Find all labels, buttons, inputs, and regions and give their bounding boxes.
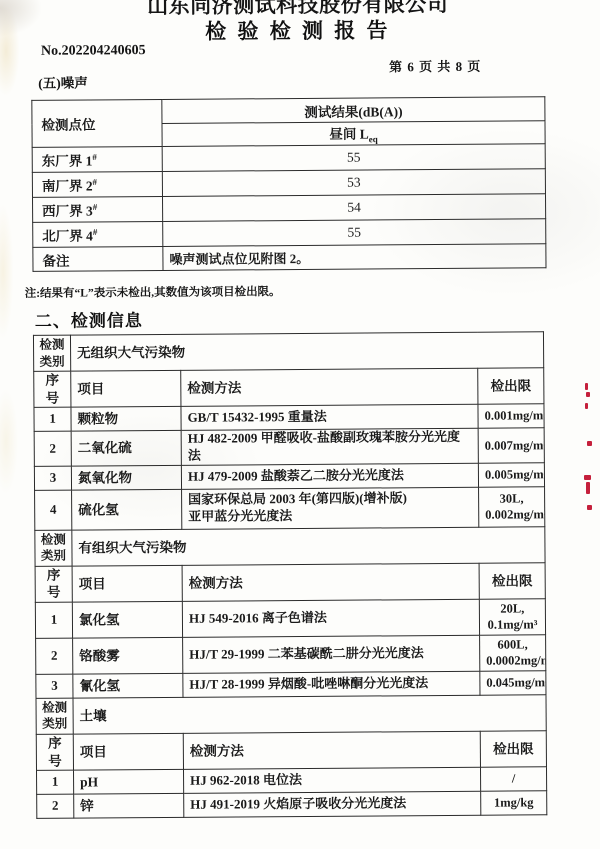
noise-point: 北厂界 4#: [33, 221, 163, 247]
table-row: 1 颗粒物 GB/T 15432-1995 重量法 0.001mg/m³: [34, 404, 544, 432]
noise-point: 南厂界 2#: [32, 171, 162, 197]
report-number: No.202204240605: [41, 43, 146, 60]
row-limit: 0.007mg/m³: [478, 428, 544, 463]
point-mark: #: [92, 177, 97, 187]
point-mark: #: [93, 202, 98, 212]
col-header-item: 项目: [71, 370, 181, 407]
daytime-label: 昼间 L: [329, 127, 368, 142]
noise-point: 西厂界 3#: [33, 196, 163, 222]
category-label: 检测 类别: [35, 530, 72, 566]
remark-value: 噪声测试点位见附图 2。: [163, 244, 546, 271]
row-method: HJ 482-2009 甲醛吸收-盐酸副玫瑰苯胺分光光度法: [181, 428, 478, 465]
row-item: 硫化氢: [72, 489, 182, 530]
row-no: 1: [35, 602, 72, 638]
table-row: 北厂界 4# 55: [33, 219, 546, 248]
point-mark: #: [92, 152, 97, 162]
row-method: GB/T 15432-1995 重量法: [181, 404, 478, 430]
noise-value: 55: [163, 219, 546, 247]
col-header-limit: 检出限: [479, 563, 545, 600]
table-row: 2 铬酸雾 HJ/T 29-1999 二苯基碳酰二肼分光光度法 600L, 0.…: [36, 635, 546, 675]
row-method: HJ 479-2009 盐酸萘乙二胺分光光度法: [181, 463, 478, 489]
remark-label: 备注: [33, 246, 163, 271]
row-no: 3: [34, 466, 71, 490]
scanned-report-page: 山东同济测试科技股份有限公司 检 验 检 测 报 告 No.2022042406…: [0, 0, 600, 849]
stamp-fragment: [587, 505, 592, 510]
table-row: 3 氮氧化物 HJ 479-2009 盐酸萘乙二胺分光光度法 0.005mg/m…: [34, 463, 544, 491]
row-limit: 0.045mg/m³: [480, 671, 546, 695]
row-item: 锌: [74, 793, 184, 818]
footnote: 注:结果有“L”表示未检出,其数值为该项目检出限。: [25, 283, 281, 301]
row-item: 氮氧化物: [71, 465, 181, 490]
col-header-no: 序号: [35, 566, 72, 602]
category-value: 无组织大气污染物: [70, 332, 543, 371]
row-limit: /: [480, 767, 546, 791]
row-method: HJ 549-2016 离子色谱法: [182, 599, 479, 637]
table-row: 备注 噪声测试点位见附图 2。: [33, 244, 546, 272]
header-row: 序号 项目 检测方法 检出限: [34, 368, 544, 408]
category-row: 检测 类别 有组织大气污染物: [35, 527, 545, 567]
col-header-item: 项目: [72, 565, 182, 602]
row-no: 1: [37, 770, 74, 794]
category-value: 有组织大气污染物: [72, 527, 545, 566]
noise-point: 东厂界 1#: [32, 146, 162, 172]
row-method: 国家环保总局 2003 年(第四版)(增补版) 亚甲蓝分光光度法: [182, 487, 479, 529]
result-header-label: 测试结果(dB(A)): [304, 104, 402, 120]
col-header-method: 检测方法: [182, 563, 479, 601]
table-row: 1 pH HJ 962-2018 电位法 /: [37, 767, 547, 795]
col-header-limit: 检出限: [478, 368, 544, 405]
noise-result-header: 测试结果(dB(A)): [162, 97, 545, 124]
point-label: 西厂界 3: [42, 203, 93, 218]
table-row: 西厂界 3# 54: [33, 194, 546, 223]
row-no: 4: [35, 490, 72, 530]
table-row: 3 氰化氢 HJ/T 28-1999 异烟酸-吡唑啉酮分光光度法 0.045mg…: [36, 671, 546, 699]
info-table: 检测 类别 无组织大气污染物 序号 项目 检测方法 检出限 1 颗粒物 GB/T…: [33, 331, 547, 819]
col-header-item: 项目: [73, 733, 183, 770]
row-item: pH: [74, 769, 184, 794]
noise-value: 54: [162, 194, 545, 222]
col-header-method: 检测方法: [181, 368, 478, 406]
table-row: 东厂界 1# 55: [32, 144, 545, 173]
report-title: 检 验 检 测 报 告: [0, 18, 598, 45]
row-method: HJ 491-2019 火焰原子吸收分光光度法: [184, 791, 481, 817]
row-no: 1: [34, 407, 71, 431]
table-row: 2 锌 HJ 491-2019 火焰原子吸收分光光度法 1mg/kg: [37, 791, 547, 819]
row-item: 二氧化硫: [71, 430, 181, 466]
stamp-fragment: [585, 403, 588, 409]
row-method: HJ/T 29-1999 二苯基碳酰二肼分光光度法: [183, 635, 480, 673]
noise-value: 53: [162, 169, 545, 197]
row-no: 2: [36, 638, 73, 674]
row-no: 2: [34, 431, 71, 466]
col-header-no: 序号: [36, 734, 73, 770]
row-item: 铬酸雾: [73, 637, 183, 674]
col-header-method: 检测方法: [183, 731, 480, 769]
row-limit: 600L, 0.0002mg/m³: [480, 635, 546, 671]
section-noise-title: (五)噪声: [38, 71, 88, 91]
row-method: HJ/T 28-1999 异烟酸-吡唑啉酮分光光度法: [183, 671, 480, 697]
row-no: 2: [37, 794, 74, 818]
section-info-title: 二、检测信息: [35, 306, 143, 332]
noise-point-header: 检测点位: [32, 99, 162, 147]
noise-table: 检测点位 测试结果(dB(A)) 昼间 Leq 东厂界 1# 55 南厂界 2#…: [31, 96, 546, 272]
col-header-no: 序号: [34, 371, 71, 407]
row-item: 氯化氢: [72, 601, 182, 638]
table-row: 南厂界 2# 53: [32, 169, 545, 198]
row-method: HJ 962-2018 电位法: [183, 767, 480, 793]
company-name: 山东同济测试科技股份有限公司: [0, 0, 598, 18]
point-label: 南厂界 2: [42, 178, 93, 193]
row-limit: 20L, 0.1mg/m³: [479, 599, 545, 635]
point-label: 东厂界 1: [42, 153, 93, 168]
page-number: 第 6 页 共 8 页: [389, 56, 481, 76]
category-value: 土壤: [73, 695, 546, 734]
stamp-fragment: [584, 475, 591, 480]
row-limit: 1mg/kg: [481, 791, 547, 815]
stamp-fragment: [585, 383, 588, 390]
header-row: 序号 项目 检测方法 检出限: [36, 731, 546, 771]
category-label: 检测 类别: [36, 698, 73, 734]
table-row: 1 氯化氢 HJ 549-2016 离子色谱法 20L, 0.1mg/m³: [35, 599, 545, 639]
noise-value: 55: [162, 144, 545, 172]
table-row: 4 硫化氢 国家环保总局 2003 年(第四版)(增补版) 亚甲蓝分光光度法 3…: [35, 487, 545, 531]
row-limit: 30L, 0.002mg/m³: [479, 487, 545, 527]
table-row: 2 二氧化硫 HJ 482-2009 甲醛吸收-盐酸副玫瑰苯胺分光光度法 0.0…: [34, 428, 544, 466]
row-item: 氰化氢: [73, 673, 183, 698]
point-mark: #: [93, 227, 98, 237]
stamp-fragment: [586, 482, 590, 494]
row-limit: 0.005mg/m³: [478, 463, 544, 487]
category-label: 检测 类别: [33, 335, 70, 371]
row-item: 颗粒物: [71, 406, 181, 431]
daytime-leq-header: 昼间 Leq: [162, 121, 545, 147]
category-row: 检测 类别 无组织大气污染物: [33, 332, 543, 372]
row-no: 3: [36, 674, 73, 698]
page-content: 山东同济测试科技股份有限公司 检 验 检 测 报 告 No.2022042406…: [0, 0, 600, 849]
category-row: 检测 类别 土壤: [36, 695, 546, 735]
col-header-limit: 检出限: [480, 731, 546, 768]
point-label: 北厂界 4: [42, 228, 93, 243]
stamp-fragment: [587, 441, 592, 446]
leq-subscript: eq: [369, 134, 378, 144]
header-row: 序号 项目 检测方法 检出限: [35, 563, 545, 603]
stamp-fragment: [586, 392, 590, 397]
row-limit: 0.001mg/m³: [478, 404, 544, 428]
